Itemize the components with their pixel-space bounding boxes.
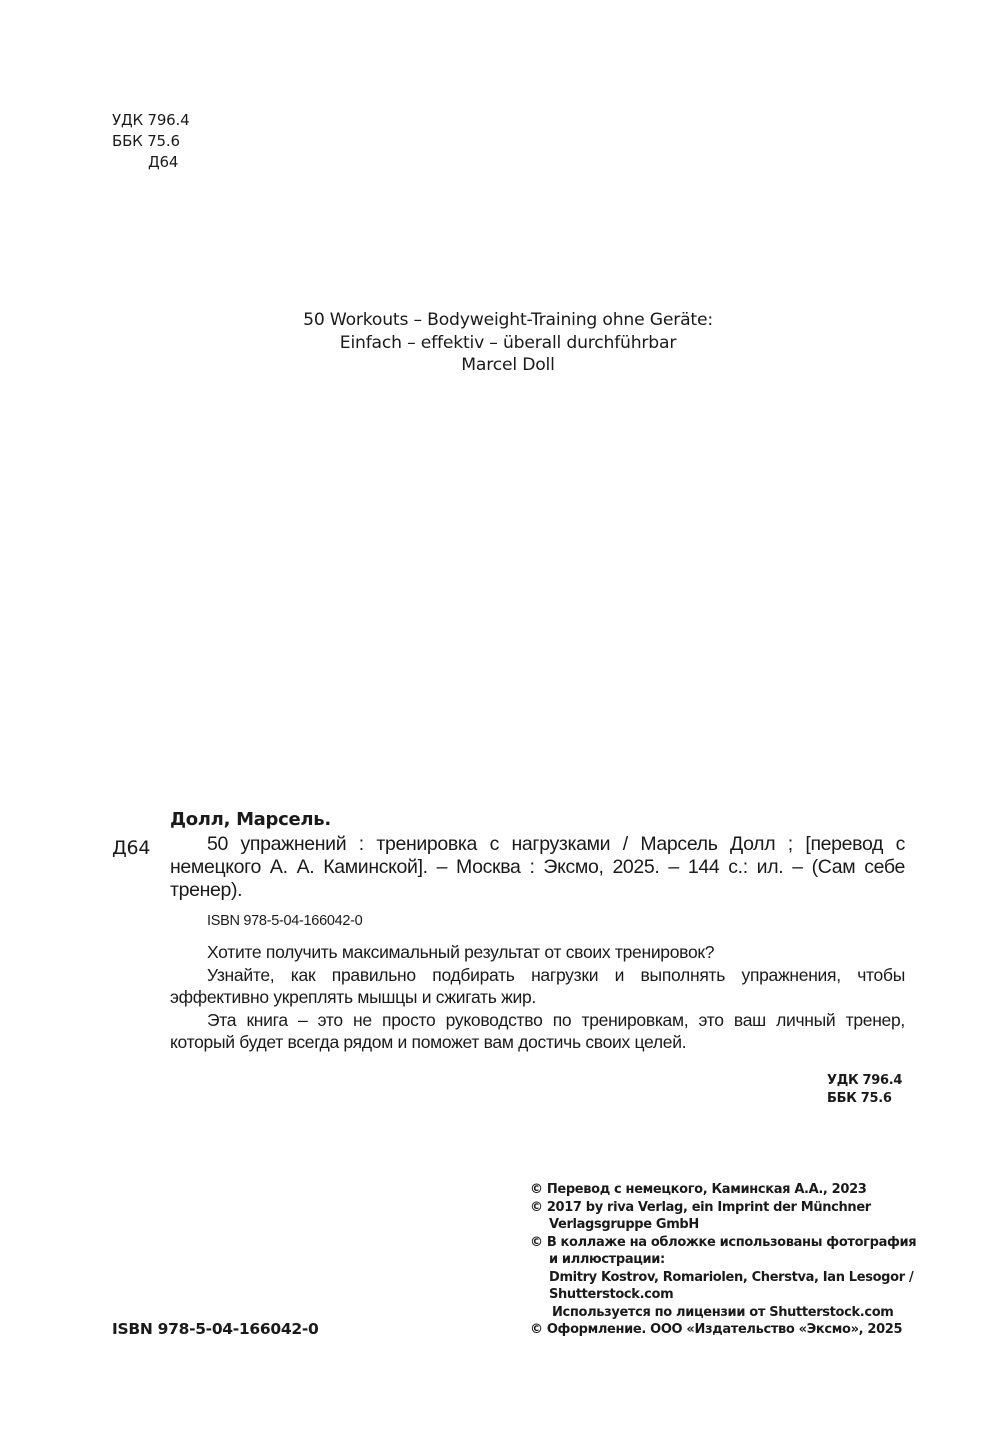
- copyright-line: © 2017 by riva Verlag, ein Imprint der M…: [530, 1199, 916, 1217]
- annotation-paragraph: Эта книга – это не просто руководство по…: [170, 1009, 905, 1054]
- original-title-line-1: 50 Workouts – Bodyweight-Training ohne G…: [0, 309, 986, 332]
- bibliographic-isbn: ISBN 978-5-04-166042-0: [170, 911, 905, 931]
- bibliographic-description: 50 упражнений : тренировка с нагрузками …: [170, 833, 905, 902]
- udk-code-right: УДК 796.4: [827, 1072, 902, 1090]
- author-sign: Д64: [112, 152, 189, 173]
- bbk-code-right: ББК 75.6: [827, 1090, 902, 1108]
- isbn-bottom: ISBN 978-5-04-166042-0: [112, 1319, 318, 1339]
- author-heading: Долл, Марсель.: [170, 808, 905, 832]
- annotation: Хотите получить максимальный результат о…: [170, 941, 905, 1054]
- copyright-line: Dmitry Kostrov, Romariolen, Cherstva, Ia…: [530, 1269, 916, 1287]
- annotation-paragraph: Узнайте, как правильно подбирать нагрузк…: [170, 964, 905, 1009]
- copyright-line: © Оформление. ООО «Издательство «Эксмо»,…: [530, 1321, 916, 1339]
- bbk-code: ББК 75.6: [112, 131, 189, 152]
- copyright-line: Используется по лицензии от Shutterstock…: [530, 1304, 916, 1322]
- copyright-line: © В коллаже на обложке использованы фото…: [530, 1234, 916, 1252]
- copyright-line: Verlagsgruppe GmbH: [530, 1216, 916, 1234]
- original-title-line-2: Einfach – effektiv – überall durchführba…: [0, 332, 986, 355]
- copyright-line: Shutterstock.com: [530, 1286, 916, 1304]
- bibliographic-entry: Долл, Марсель. 50 упражнений : тренировк…: [170, 808, 905, 1054]
- original-author: Marcel Doll: [0, 354, 986, 377]
- copyright-block: © Перевод с немецкого, Каминская А.А., 2…: [530, 1181, 916, 1339]
- top-classification-codes: УДК 796.4 ББК 75.6 Д64: [112, 110, 189, 173]
- udk-code: УДК 796.4: [112, 110, 189, 131]
- copyright-line: и иллюстрации:: [530, 1251, 916, 1269]
- right-classification-codes: УДК 796.4 ББК 75.6: [827, 1072, 902, 1108]
- original-title-block: 50 Workouts – Bodyweight-Training ohne G…: [0, 309, 986, 377]
- annotation-paragraph: Хотите получить максимальный результат о…: [170, 941, 905, 964]
- bibliographic-author-sign: Д64: [112, 836, 150, 860]
- copyright-line: © Перевод с немецкого, Каминская А.А., 2…: [530, 1181, 916, 1199]
